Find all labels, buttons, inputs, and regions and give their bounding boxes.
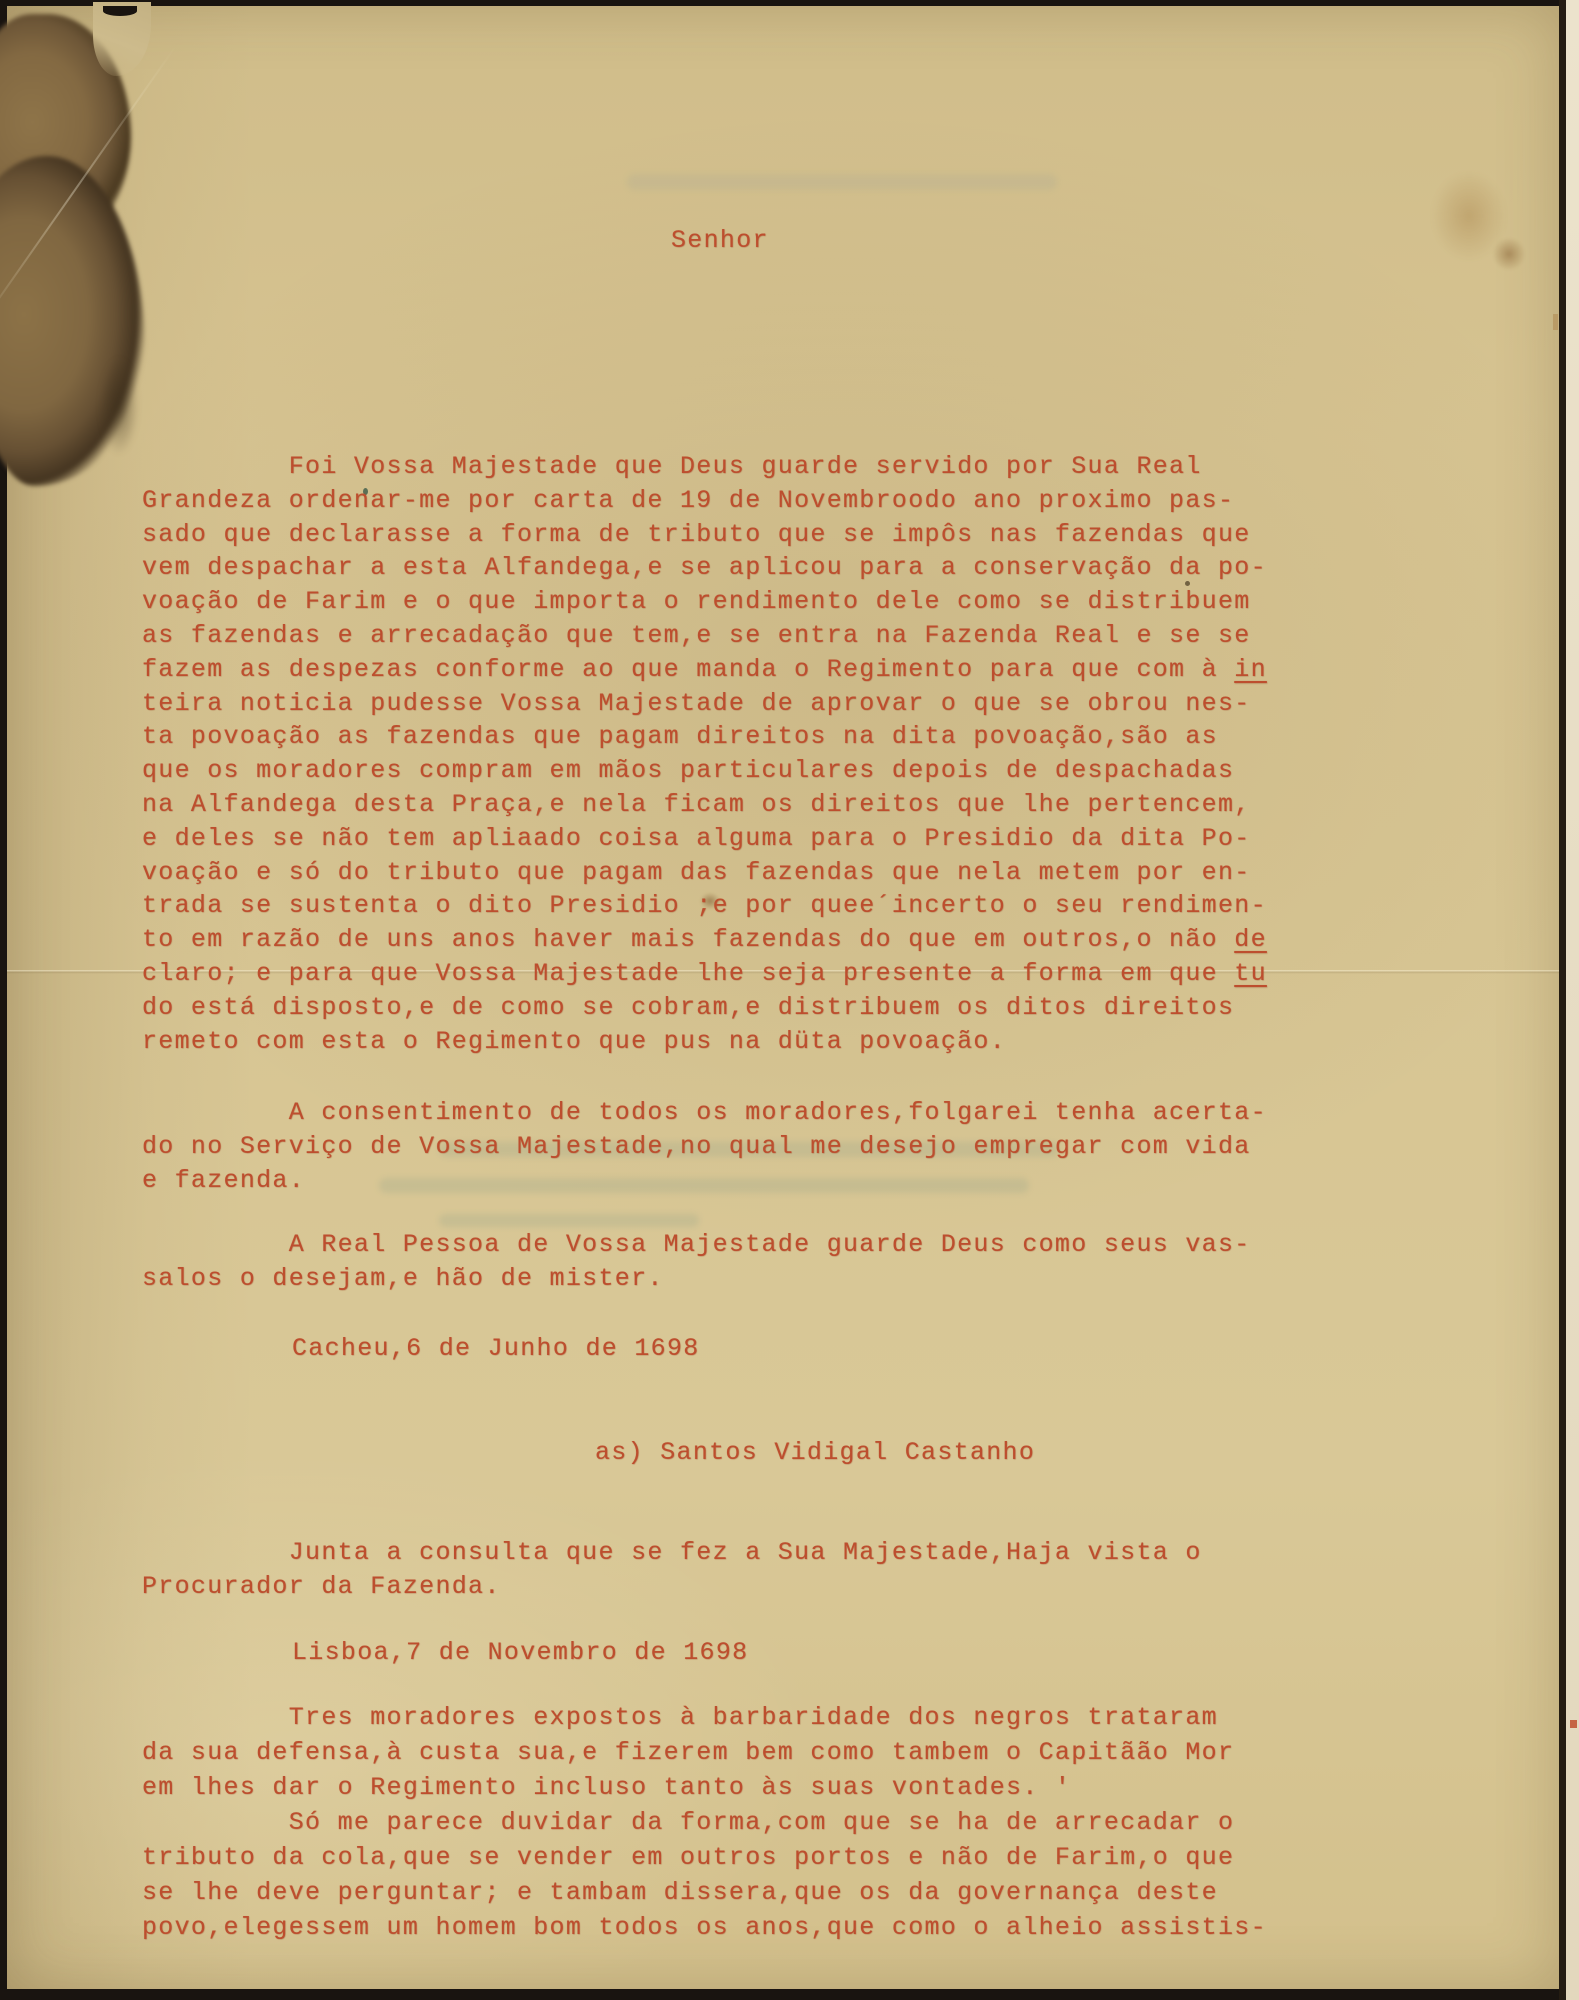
letter-line: voação de Farim e o que importa o rendim… — [142, 585, 1267, 619]
letter-line: e deles se não tem apliaado coisa alguma… — [142, 822, 1267, 856]
underlined-text: in — [1234, 655, 1267, 684]
letter-line: fazem as despezas conforme ao que manda … — [142, 653, 1267, 687]
letter-line: voação e só do tributo que pagam das faz… — [142, 856, 1267, 890]
letter-line: A Real Pessoa de Vossa Majestade guarde … — [142, 1228, 1251, 1262]
letter-line: tributo da cola,que se vender em outros … — [142, 1840, 1267, 1875]
edge-ink-mark — [1570, 1720, 1577, 1728]
dateline-lisboa: Lisboa,7 de Novembro de 1698 — [292, 1636, 748, 1670]
letter-line: da sua defensa,à custa sua,e fizerem bem… — [142, 1735, 1267, 1770]
letter-line: povo,elegessem um homem bom todos os ano… — [142, 1910, 1267, 1945]
letter-line: remeto com esta o Regimento que pus na d… — [142, 1025, 1267, 1059]
letter-line: Foi Vossa Majestade que Deus guarde serv… — [142, 450, 1267, 484]
paragraph-consent: A consentimento de todos os moradores,fo… — [142, 1096, 1267, 1198]
letter-line: do no Serviço de Vossa Majestade,no qual… — [142, 1130, 1267, 1164]
letter-line: as) Santos Vidigal Castanho — [595, 1436, 1035, 1470]
letter-line: Grandeza ordenar-me por carta de 19 de N… — [142, 484, 1267, 518]
letter-line: teira noticia pudesse Vossa Majestade de… — [142, 687, 1267, 721]
paragraph-junta: Junta a consulta que se fez a Sua Majest… — [142, 1536, 1202, 1604]
document-scan: Senhor Foi Vossa Majestade que Deus guar… — [0, 0, 1579, 2000]
letter-line: A consentimento de todos os moradores,fo… — [142, 1096, 1267, 1130]
letter-line: Junta a consulta que se fez a Sua Majest… — [142, 1536, 1202, 1570]
paragraph-parecer: Tres moradores expostos à barbaridade do… — [142, 1700, 1267, 1945]
letter-line: ta povoação as fazendas que pagam direit… — [142, 720, 1267, 754]
letter-line: vem despachar a esta Alfandega,e se apli… — [142, 551, 1267, 585]
salutation: Senhor — [671, 224, 769, 258]
letter-line: Procurador da Fazenda. — [142, 1570, 1202, 1604]
letter-line: Só me parece duvidar da forma,com que se… — [142, 1805, 1267, 1840]
letter-line: na Alfandega desta Praça,e nela ficam os… — [142, 788, 1267, 822]
letter-line: Lisboa,7 de Novembro de 1698 — [292, 1636, 748, 1670]
letter-line: salos o desejam,e hão de mister. — [142, 1262, 1251, 1296]
letter-line: que os moradores compram em mãos particu… — [142, 754, 1267, 788]
letter-page: Senhor Foi Vossa Majestade que Deus guar… — [7, 6, 1559, 1989]
letter-line: as fazendas e arrecadação que tem,e se e… — [142, 619, 1267, 653]
paragraph-main: Foi Vossa Majestade que Deus guarde serv… — [142, 450, 1267, 1058]
letter-line: sado que declarasse a forma de tributo q… — [142, 518, 1267, 552]
letter-line: se lhe deve perguntar; e tambam dissera,… — [142, 1875, 1267, 1910]
underlined-text: de — [1234, 925, 1267, 954]
letter-line: do está disposto,e de como se cobram,e d… — [142, 991, 1267, 1025]
backing-sheet-edge — [1566, 0, 1579, 2000]
letter-content: Senhor Foi Vossa Majestade que Deus guar… — [7, 6, 1559, 1989]
letter-line: trada se sustenta o dito Presidio ;e por… — [142, 889, 1267, 923]
letter-line: claro; e para que Vossa Majestade lhe se… — [142, 957, 1267, 991]
underlined-text: tu — [1234, 959, 1267, 988]
dateline-cacheu: Cacheu,6 de Junho de 1698 — [292, 1332, 700, 1366]
letter-line: em lhes dar o Regimento incluso tanto às… — [142, 1770, 1267, 1805]
paragraph-royal-person: A Real Pessoa de Vossa Majestade guarde … — [142, 1228, 1251, 1296]
letter-line: Tres moradores expostos à barbaridade do… — [142, 1700, 1267, 1735]
scan-background-gap — [1559, 0, 1566, 2000]
letter-line: to em razão de uns anos haver mais fazen… — [142, 923, 1267, 957]
signature: as) Santos Vidigal Castanho — [595, 1436, 1035, 1470]
letter-line: Cacheu,6 de Junho de 1698 — [292, 1332, 700, 1366]
letter-line: e fazenda. — [142, 1164, 1267, 1198]
letter-line: Senhor — [671, 224, 769, 258]
